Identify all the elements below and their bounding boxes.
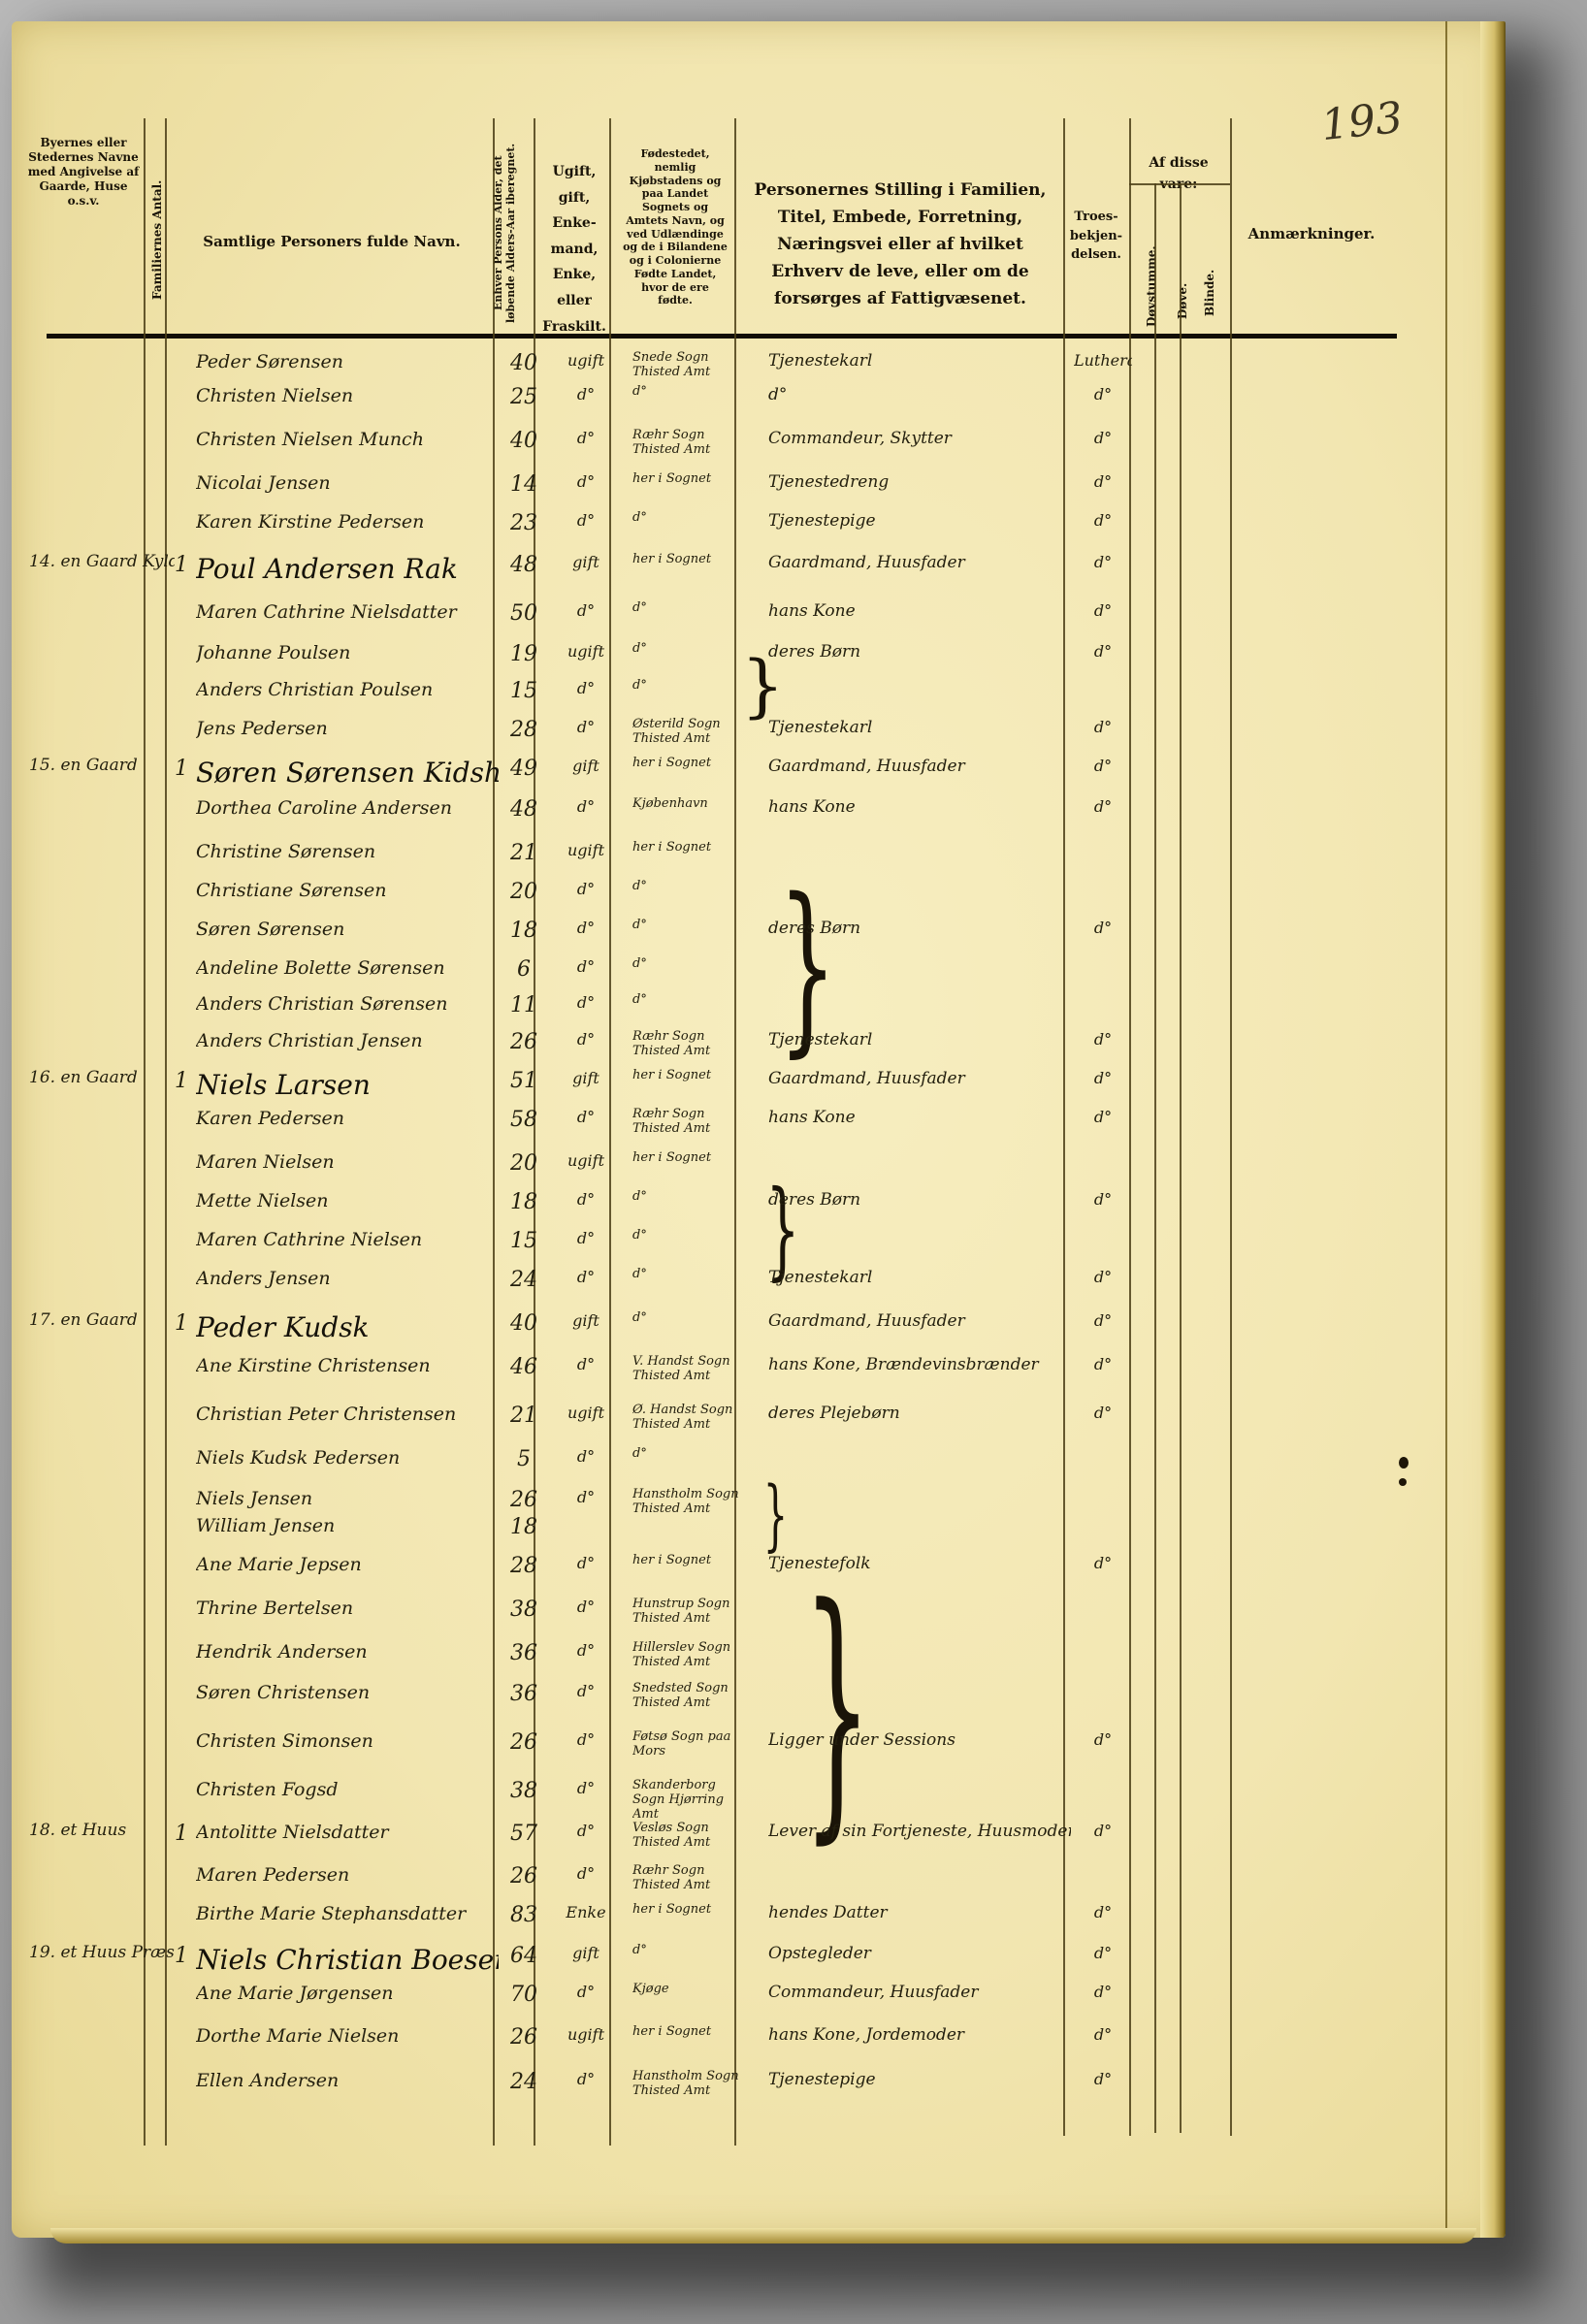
family-position: Lever af sin Fortjeneste, Huusmoder [768,1822,1071,1841]
person-name: Poul Andersen Rak [196,553,499,585]
family-position: hans Kone, Brændevinsbrænder [768,1355,1071,1374]
table-row: Maren Nielsen20ugifther i Sognet [12,1151,1506,1190]
person-age: 36 [502,1682,545,1706]
faith: d° [1074,1030,1132,1049]
person-age: 40 [502,429,545,453]
person-name: Karen Kirstine Pedersen [196,511,499,533]
person-name: Niels Jensen [196,1488,499,1509]
birthplace: her i Sognet [632,757,747,771]
person-name: Thrine Bertelsen [196,1598,499,1619]
civil-status: d° [547,1190,625,1209]
person-age: 26 [502,2025,545,2050]
person-name: Mette Nielsen [196,1190,499,1211]
table-row: Maren Pedersen26d°Ræhr Sogn Thisted Amt [12,1864,1506,1903]
family-position: hans Kone, Jordemoder [768,2025,1071,2045]
table-row: Niels Kudsk Pedersen5d°d° [12,1447,1506,1486]
person-name: Nicolai Jensen [196,472,499,494]
civil-status: d° [547,1730,625,1749]
person-name: Birthe Marie Stephansdatter [196,1903,499,1924]
person-name: Maren Cathrine Nielsen [196,1229,499,1250]
family-position: hans Kone [768,797,1071,817]
birthplace: d° [632,993,747,1008]
person-age: 19 [502,642,545,666]
person-age: 6 [502,957,545,982]
header-civil-status-column: Ugift, gift, Enke- mand, Enke, eller Fra… [540,159,608,339]
table-row: Christen Simonsen26d°Føtsø Sogn paa Mors… [12,1730,1506,1769]
person-name: Andeline Bolette Sørensen [196,957,499,979]
faith: d° [1074,385,1132,403]
person-age: 26 [502,1030,545,1054]
header-name-column: Samtlige Personers fulde Navn. [186,233,477,251]
civil-status: d° [547,1983,625,2001]
person-name: William Jensen [196,1515,499,1536]
person-age: 20 [502,1151,545,1176]
family-position: hans Kone [768,601,1071,621]
birthplace: her i Sognet [632,841,747,855]
header-age-column: Enhver Persons Alder, det løbende Alders… [492,130,531,336]
faith: d° [1074,1108,1132,1126]
person-age: 48 [502,553,545,577]
table-row: Søren Sørensen18d°d°deres Børnd° [12,919,1506,957]
civil-status: d° [547,1864,625,1883]
person-name: Maren Nielsen [196,1151,499,1173]
faith: d° [1074,757,1132,775]
household-label: 14. en Gaard Kyldgaard [29,553,175,571]
person-name: Ane Kirstine Christensen [196,1355,499,1376]
faith: d° [1074,919,1132,937]
civil-status: d° [547,1108,625,1126]
birthplace: Hillerslev Sogn Thisted Amt [632,1641,747,1670]
person-age: 40 [502,1311,545,1336]
family-position: Commandeur, Huusfader [768,1983,1071,2002]
table-row: Christen Nielsen Munch40d°Ræhr Sogn This… [12,429,1506,468]
faith: d° [1074,1903,1132,1921]
birthplace: d° [632,1447,747,1462]
civil-status: d° [547,511,625,530]
table-row: 15. en Gaard1Søren Sørensen Kidsholt49gi… [12,757,1506,795]
person-name: Christen Simonsen [196,1730,499,1752]
family-position: Opstegleder [768,1944,1071,1963]
civil-status: gift [547,1944,625,1962]
birthplace: her i Sognet [632,472,747,487]
family-position: Gaardmand, Huusfader [768,553,1071,572]
table-row: 17. en Gaard1Peder Kudsk40giftd°Gaardman… [12,1311,1506,1350]
person-age: 24 [502,2070,545,2094]
table-row: Andeline Bolette Sørensen6d°d° [12,957,1506,996]
person-name: Dorthe Marie Nielsen [196,2025,499,2047]
census-page: 193 Byernes eller Stedernes Navne med An… [12,21,1506,2238]
faith: d° [1074,472,1132,491]
faith: d° [1074,1822,1132,1840]
family-position: deres Plejebørn [768,1404,1071,1423]
civil-status: d° [547,1447,625,1466]
family-position: Tjenestekarl [768,351,1071,371]
birthplace: Ræhr Sogn Thisted Amt [632,1108,747,1137]
person-name: Ellen Andersen [196,2070,499,2091]
faith: Lutheraner [1074,351,1132,370]
person-age: 21 [502,841,545,865]
person-name: Søren Christensen [196,1682,499,1703]
family-position: Tjenestedreng [768,472,1071,492]
family-position: Tjenestepige [768,2070,1071,2089]
person-name: Anders Jensen [196,1268,499,1289]
person-age: 18 [502,919,545,943]
person-age: 51 [502,1069,545,1093]
civil-status: d° [547,1779,625,1797]
person-age: 11 [502,993,545,1017]
family-count: 1 [175,1069,196,1093]
table-row: Dorthe Marie Nielsen26ugifther i Sogneth… [12,2025,1506,2064]
birthplace: her i Sognet [632,1151,747,1166]
person-name: Niels Kudsk Pedersen [196,1447,499,1469]
faith: d° [1074,1268,1132,1286]
person-name: Karen Pedersen [196,1108,499,1129]
birthplace: Vesløs Sogn Thisted Amt [632,1822,747,1851]
faith: d° [1074,1730,1132,1749]
person-age: 64 [502,1944,545,1968]
birthplace: V. Handst Sogn Thisted Amt [632,1355,747,1384]
civil-status: d° [547,1822,625,1840]
table-row: Ane Kirstine Christensen46d°V. Handst So… [12,1355,1506,1394]
person-age: 58 [502,1108,545,1132]
table-row: Anders Christian Poulsen15d°d° [12,679,1506,718]
civil-status: d° [547,679,625,697]
person-name: Peder Sørensen [196,351,499,372]
table-row: Christen Fogsd38d°Skanderborg Sogn Hjørr… [12,1779,1506,1818]
birthplace: d° [632,957,747,972]
person-name: Johanne Poulsen [196,642,499,663]
faith: d° [1074,797,1132,816]
family-position: Gaardmand, Huusfader [768,757,1071,776]
civil-status: ugift [547,642,625,661]
civil-status: d° [547,957,625,976]
faith: d° [1074,2025,1132,2044]
birthplace: Skanderborg Sogn Hjørring Amt [632,1779,747,1823]
table-row: Nicolai Jensen14d°her i SognetTjenestedr… [12,472,1506,511]
person-name: Christiane Sørensen [196,880,499,901]
civil-status: d° [547,880,625,898]
birthplace: d° [632,1944,747,1958]
civil-status: ugift [547,1404,625,1422]
person-age: 49 [502,757,545,781]
birthplace: Østerild Sogn Thisted Amt [632,718,747,747]
civil-status: d° [547,797,625,816]
person-name: Anders Christian Poulsen [196,679,499,700]
faith: d° [1074,642,1132,661]
family-position: Gaardmand, Huusfader [768,1311,1071,1331]
civil-status: d° [547,718,625,736]
civil-status: d° [547,1030,625,1049]
person-age: 50 [502,601,545,626]
person-name: Antolitte Nielsdatter [196,1822,499,1843]
family-count: 1 [175,1822,196,1846]
household-label: 16. en Gaard [29,1069,175,1087]
person-age: 70 [502,1983,545,2007]
household-label: 17. en Gaard [29,1311,175,1330]
birthplace: d° [632,880,747,894]
family-position: Ligger under Sessions [768,1730,1071,1750]
person-name: Dorthea Caroline Andersen [196,797,499,819]
birthplace: Snedsted Sogn Thisted Amt [632,1682,747,1711]
person-age: 28 [502,718,545,742]
person-age: 40 [502,351,545,375]
birthplace: d° [632,1268,747,1282]
person-age: 23 [502,511,545,535]
birthplace: d° [632,1311,747,1326]
birthplace: d° [632,642,747,657]
family-count: 1 [175,757,196,781]
table-row: Maren Cathrine Nielsdatter50d°d°hans Kon… [12,601,1506,640]
family-position: Tjenestekarl [768,718,1071,737]
civil-status: ugift [547,2025,625,2044]
family-position: Tjenestepige [768,511,1071,531]
person-age: 18 [502,1190,545,1214]
person-age: 25 [502,385,545,409]
header-family-count-column: Familiernes Antal. [150,157,164,322]
person-age: 20 [502,880,545,904]
civil-status: d° [547,2070,625,2088]
civil-status: d° [547,601,625,620]
family-position: Tjenestekarl [768,1030,1071,1049]
header-rule [47,334,1397,339]
table-row: 18. et Huus1Antolitte Nielsdatter57d°Ves… [12,1822,1506,1860]
person-age: 57 [502,1822,545,1846]
family-position: Tjenestekarl [768,1268,1071,1287]
person-age: 15 [502,679,545,703]
person-name: Christian Peter Christensen [196,1404,499,1425]
birthplace: Kjøge [632,1983,747,1997]
civil-status: ugift [547,1151,625,1170]
person-age: 21 [502,1404,545,1428]
civil-status: ugift [547,351,625,370]
birthplace: Hanstholm Sogn Thisted Amt [632,2070,747,2099]
civil-status: gift [547,1069,625,1087]
civil-status: d° [547,993,625,1012]
civil-status: d° [547,1355,625,1373]
person-age: 14 [502,472,545,497]
civil-status: d° [547,1229,625,1247]
person-age: 38 [502,1598,545,1622]
civil-status: gift [547,1311,625,1330]
table-row: 14. en Gaard Kyldgaard1Poul Andersen Rak… [12,553,1506,592]
table-row: 19. et Huus Præstebolig1Niels Christian … [12,1944,1506,1983]
family-position: deres Børn [768,919,1071,938]
table-row: Ane Marie Jørgensen70d°KjøgeCommandeur, … [12,1983,1506,2021]
family-count: 1 [175,553,196,577]
person-age: 26 [502,1730,545,1755]
person-name: Maren Cathrine Nielsdatter [196,601,499,623]
civil-status: d° [547,1488,625,1506]
birthplace: Ræhr Sogn Thisted Amt [632,429,747,458]
person-name: Ane Marie Jepsen [196,1554,499,1575]
civil-status: d° [547,1682,625,1700]
person-name: Anders Christian Jensen [196,1030,499,1051]
family-position: Commandeur, Skytter [768,429,1071,448]
table-row: Christine Sørensen21ugifther i Sognet [12,841,1506,880]
civil-status: d° [547,472,625,491]
civil-status: d° [547,1641,625,1660]
civil-status: d° [547,385,625,403]
civil-status: Enke [547,1903,625,1921]
civil-status: d° [547,919,625,937]
faith: d° [1074,429,1132,447]
header-birthplace-column: Fødestedet, nemlig Kjøbstadens og paa La… [623,147,728,307]
family-position: deres Børn [768,642,1071,662]
person-name: Christen Fogsd [196,1779,499,1800]
faith: d° [1074,1554,1132,1572]
table-row: Christiane Sørensen20d°d° [12,880,1506,919]
header-remarks-column: Anmærkninger. [1244,225,1379,243]
faith: d° [1074,553,1132,571]
faith: d° [1074,511,1132,530]
faith: d° [1074,2070,1132,2088]
person-name: Søren Sørensen [196,919,499,940]
table-row: Johanne Poulsen19ugiftd°deres Børnd° [12,642,1506,681]
table-row: Christian Peter Christensen21ugiftØ. Han… [12,1404,1506,1442]
faith: d° [1074,601,1132,620]
page-number: 193 [1319,93,1406,150]
person-age: 48 [502,797,545,822]
table-row: Karen Kirstine Pedersen23d°d°Tjenestepig… [12,511,1506,550]
birthplace: Kjøbenhavn [632,797,747,812]
header-faith-column: Troes- bekjen- delsen. [1069,208,1123,265]
civil-status: ugift [547,841,625,859]
person-age: 28 [502,1554,545,1578]
person-name: Christen Nielsen [196,385,499,406]
faith: d° [1074,718,1132,736]
table-row: 16. en Gaard1Niels Larsen51gifther i Sog… [12,1069,1506,1108]
birthplace: d° [632,1190,747,1205]
family-position: Gaardmand, Huusfader [768,1069,1071,1088]
birthplace: d° [632,679,747,694]
person-age: 38 [502,1779,545,1803]
birthplace: d° [632,601,747,616]
person-age: 26 [502,1864,545,1888]
birthplace: her i Sognet [632,1903,747,1918]
person-name: Christen Nielsen Munch [196,429,499,450]
family-position: d° [768,385,1071,404]
header-deaf-column: Døve. [1176,274,1189,328]
table-row: Hendrik Andersen36d°Hillerslev Sogn This… [12,1641,1506,1680]
header-house-column: Byernes eller Stedernes Navne med Angive… [25,136,142,209]
birthplace: Snede Sogn Thisted Amt [632,351,747,380]
civil-status: gift [547,553,625,571]
person-age: 15 [502,1229,545,1253]
person-name: Peder Kudsk [196,1311,499,1343]
family-count: 1 [175,1944,196,1968]
person-age: 36 [502,1641,545,1665]
person-name: Niels Christian Boesen [196,1944,499,1976]
table-row: Peder Sørensen40ugiftSnede Sogn Thisted … [12,351,1506,390]
birthplace: her i Sognet [632,553,747,567]
person-age: 83 [502,1903,545,1927]
table-row: Mette Nielsen18d°d°deres Børnd° [12,1190,1506,1229]
family-count: 1 [175,1311,196,1336]
table-row: Søren Christensen36d°Snedsted Sogn Thist… [12,1682,1506,1721]
civil-status: d° [547,1554,625,1572]
household-label: 18. et Huus [29,1822,175,1840]
faith: d° [1074,1944,1132,1962]
person-name: Søren Sørensen Kidsholt [196,757,499,789]
person-age: 46 [502,1355,545,1379]
faith: d° [1074,1404,1132,1422]
birthplace: d° [632,919,747,933]
table-row: Ellen Andersen24d°Hanstholm Sogn Thisted… [12,2070,1506,2109]
header-position-column: Personernes Stilling i Familien, Titel, … [749,177,1052,312]
civil-status: d° [547,1268,625,1286]
person-age: 26 [502,1488,545,1512]
table-row: Maren Cathrine Nielsen15d°d° [12,1229,1506,1268]
faith: d° [1074,1983,1132,2001]
table-row: Christen Nielsen25d°d°d°d° [12,385,1506,424]
birthplace: her i Sognet [632,1554,747,1568]
person-name: Ane Marie Jørgensen [196,1983,499,2004]
birthplace: Ræhr Sogn Thisted Amt [632,1030,747,1059]
family-position: Tjenestefolk [768,1554,1071,1573]
birthplace: her i Sognet [632,1069,747,1083]
header-blind-column: Blinde. [1203,258,1216,328]
family-position: hans Kone [768,1108,1071,1127]
family-position: deres Børn [768,1190,1071,1210]
page-bottom-edge [50,2228,1476,2243]
table-row: Anders Jensen24d°d°Tjenestekarld° [12,1268,1506,1307]
person-age: 18 [502,1515,545,1539]
faith: d° [1074,1190,1132,1209]
birthplace: her i Sognet [632,2025,747,2040]
person-age: 24 [502,1268,545,1292]
birthplace: d° [632,1229,747,1243]
person-name: Jens Pedersen [196,718,499,739]
person-name: Maren Pedersen [196,1864,499,1886]
birthplace: Hunstrup Sogn Thisted Amt [632,1598,747,1627]
table-row: Jens Pedersen28d°Østerild Sogn Thisted A… [12,718,1506,757]
birthplace: Hanstholm Sogn Thisted Amt [632,1488,747,1517]
faith: d° [1074,1355,1132,1373]
birthplace: Ø. Handst Sogn Thisted Amt [632,1404,747,1433]
birthplace: d° [632,511,747,526]
person-name: Anders Christian Sørensen [196,993,499,1015]
civil-status: d° [547,429,625,447]
person-name: Niels Larsen [196,1069,499,1101]
household-label: 19. et Huus Præstebolig [29,1944,175,1962]
civil-status: gift [547,757,625,775]
faith: d° [1074,1069,1132,1087]
civil-status: d° [547,1598,625,1616]
table-row: Ane Marie Jepsen28d°her i SognetTjeneste… [12,1554,1506,1593]
person-age: 5 [502,1447,545,1471]
table-row: William Jensen18 [12,1515,1506,1554]
header-deafmute-column: Døvstumme. [1145,242,1158,330]
table-row: Thrine Bertelsen38d°Hunstrup Sogn Thiste… [12,1598,1506,1636]
table-row: Birthe Marie Stephansdatter83Enkeher i S… [12,1903,1506,1942]
table-row: Karen Pedersen58d°Ræhr Sogn Thisted Amth… [12,1108,1506,1146]
household-label: 15. en Gaard [29,757,175,775]
birthplace: Føtsø Sogn paa Mors [632,1730,747,1759]
table-row: Dorthea Caroline Andersen48d°Kjøbenhavnh… [12,797,1506,836]
birthplace: Ræhr Sogn Thisted Amt [632,1864,747,1893]
table-row: Anders Christian Sørensen11d°d° [12,993,1506,1032]
person-name: Hendrik Andersen [196,1641,499,1662]
person-name: Christine Sørensen [196,841,499,862]
header-of-these-group: Af disse vare: [1135,152,1222,196]
faith: d° [1074,1311,1132,1330]
birthplace: d° [632,385,747,400]
family-position: hendes Datter [768,1903,1071,1922]
table-row: Anders Christian Jensen26d°Ræhr Sogn Thi… [12,1030,1506,1069]
